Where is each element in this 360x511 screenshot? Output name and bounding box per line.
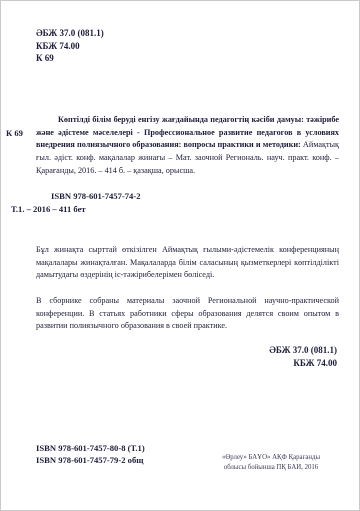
annotation-kazakh: Бұл жинақта сырттай өткізілген Аймақтық …: [36, 244, 339, 282]
publisher-region-year: облысы бойынша ПҚ БАИ, 2016: [204, 463, 338, 473]
scanned-book-imprint-page: ӘБЖ 37.0 (081.1) КБЖ 74.00 К 69 К 69 Көп…: [0, 0, 360, 511]
udc-code-line-bottom: ӘБЖ 37.0 (081.1): [269, 344, 337, 357]
publisher-block: «Өрлеу» БАҰО» АҚФ Қарағанды облысы бойын…: [204, 453, 338, 472]
catalog-entry-paragraph: Көптілді білім беруді енгізу жағдайында …: [36, 114, 339, 177]
bottom-classification-block: ӘБЖ 37.0 (081.1) КБЖ 74.00: [269, 344, 337, 370]
volume-isbn: ISBN 978-601-7457-74-2: [11, 190, 141, 203]
volume-info: Т.1. – 2016 – 411 бет: [11, 203, 141, 216]
footer-isbn-block: ISBN 978-601-7457-80-8 (Т.1) ISBN 978-60…: [36, 442, 145, 467]
catalog-margin-code: К 69: [6, 128, 23, 138]
footer-isbn-common: ISBN 978-601-7457-79-2 общ: [36, 454, 145, 466]
author-sign-line: К 69: [36, 52, 104, 65]
lbc-code-line: КБЖ 74.00: [36, 40, 104, 53]
footer-isbn-volume: ISBN 978-601-7457-80-8 (Т.1): [36, 442, 145, 454]
catalog-entry-title: Көптілді білім беруді енгізу жағдайында …: [36, 115, 339, 149]
annotation-russian: В сборнике собраны материалы заочной Рег…: [36, 295, 339, 333]
udc-code-line: ӘБЖ 37.0 (081.1): [36, 27, 104, 40]
publisher-name: «Өрлеу» БАҰО» АҚФ Қарағанды: [204, 453, 338, 463]
lbc-code-line-bottom: КБЖ 74.00: [269, 357, 337, 370]
top-classification-block: ӘБЖ 37.0 (081.1) КБЖ 74.00 К 69: [36, 27, 104, 65]
volume-isbn-block: ISBN 978-601-7457-74-2 Т.1. – 2016 – 411…: [11, 190, 141, 215]
